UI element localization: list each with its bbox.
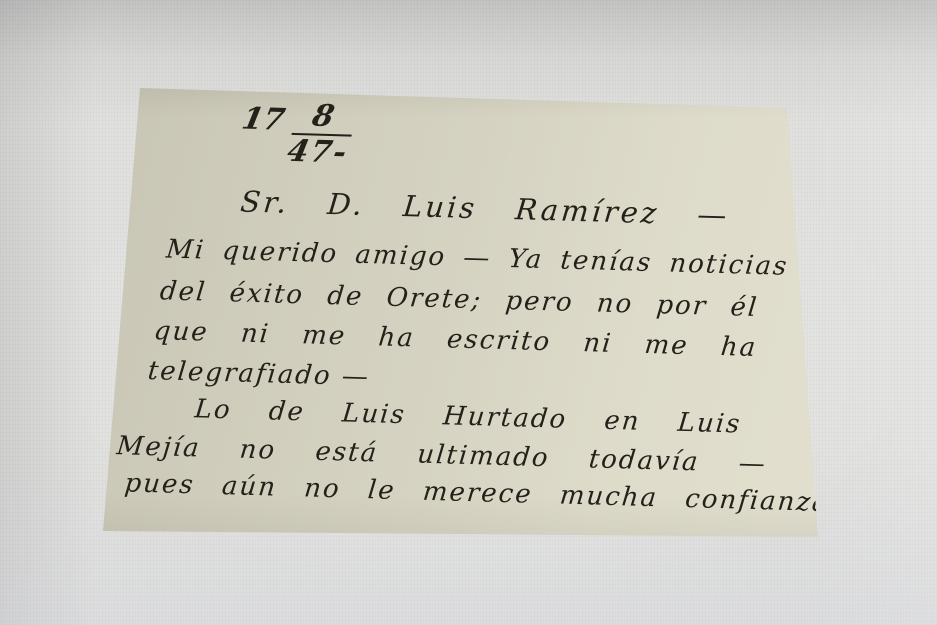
photo-background: 17 8 47- Sr. D. Luis Ramírez — Mi querid… <box>0 0 937 625</box>
handwritten-line: Lo de Luis Hurtado en Luis <box>193 394 743 439</box>
date-day: 17 <box>239 99 288 138</box>
note-card: 17 8 47- Sr. D. Luis Ramírez — Mi querid… <box>103 86 818 539</box>
handwritten-line: telegrafiado — <box>146 356 371 392</box>
handwritten-line: del éxito de Orete; pero no por él <box>159 276 760 323</box>
handwriting-layer: 17 8 47- Sr. D. Luis Ramírez — Mi querid… <box>91 83 818 556</box>
date-month: 8 <box>291 100 358 136</box>
date-fraction: 17 8 47- <box>232 99 358 171</box>
salutation-line: Sr. D. Luis Ramírez — <box>239 185 731 233</box>
handwritten-line: que ni me ha escrito ni me ha <box>152 316 758 363</box>
date-year: 47- <box>284 134 351 170</box>
handwritten-line: Mi querido amigo — Ya tenías noticias <box>165 235 790 282</box>
date-month-year: 8 47- <box>284 100 358 170</box>
